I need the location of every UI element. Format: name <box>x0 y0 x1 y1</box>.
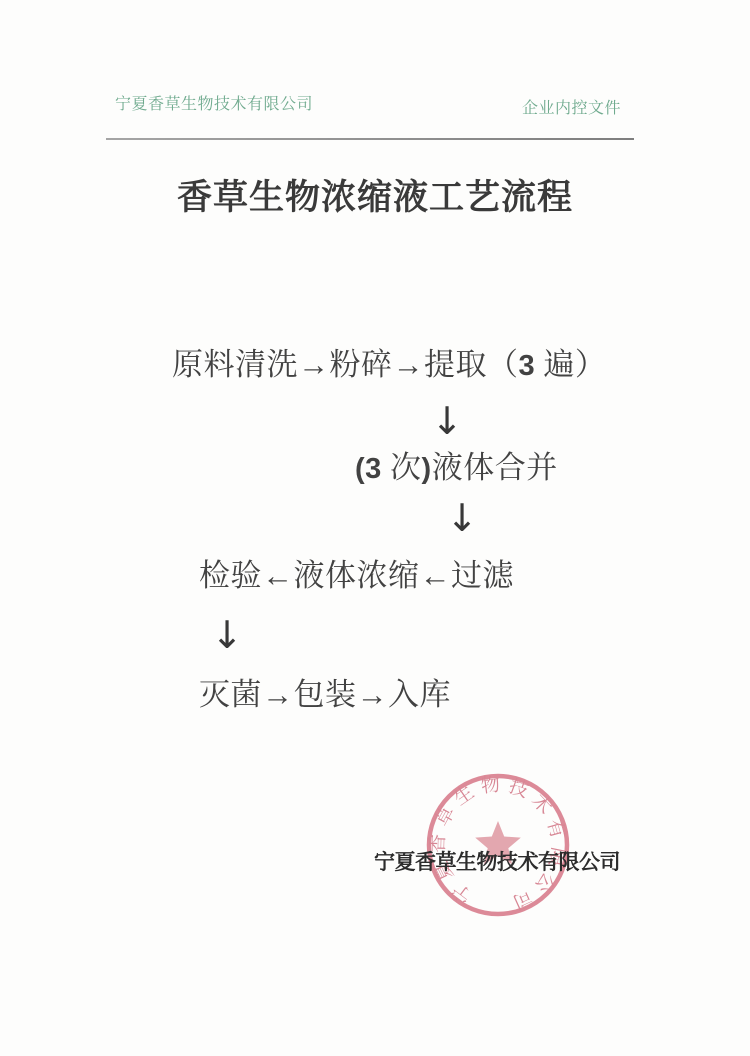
flow-step-2-paren-close: ) <box>422 453 432 485</box>
document-page: 宁夏香草生物技术有限公司 企业内控文件 香草生物浓缩液工艺流程 原料清洗→粉碎→… <box>0 0 750 1056</box>
flow-step-liquid-merge: (3 次)液体合并 <box>355 452 558 484</box>
flow-down-arrow-3: ↓ <box>211 616 243 654</box>
flow-step-inspect-concentrate-filter: 检验←液体浓缩←过滤 <box>199 560 514 591</box>
flow-down-arrow-2: ↓ <box>446 499 478 537</box>
header-company-name: 宁夏香草生物技术有限公司 <box>115 97 313 113</box>
flow-step-1-suffix: 遍） <box>535 347 606 382</box>
flow-step-1-count: 3 <box>519 350 536 382</box>
signature-company-name: 宁夏香草生物技术有限公司 <box>374 852 620 873</box>
document-title: 香草生物浓缩液工艺流程 <box>0 180 750 215</box>
flow-step-raw-wash-crush-extract: 原料清洗→粉碎→提取（3 遍） <box>172 349 606 381</box>
header-doc-type: 企业内控文件 <box>522 101 621 117</box>
flow-step-2-paren-open: (3 <box>355 453 382 485</box>
flow-step-sterilize-pack-store: 灭菌→包装→入库 <box>199 679 451 710</box>
flow-down-arrow-1: ↓ <box>431 402 463 440</box>
flow-step-2-label: 液体合并 <box>432 450 558 485</box>
flow-step-2-unit: 次 <box>382 450 422 485</box>
company-seal: 宁夏香草生物技术有限公司 <box>413 760 583 930</box>
flow-step-1-text: 原料清洗→粉碎→提取（ <box>172 347 519 382</box>
header-divider-line <box>106 138 634 140</box>
